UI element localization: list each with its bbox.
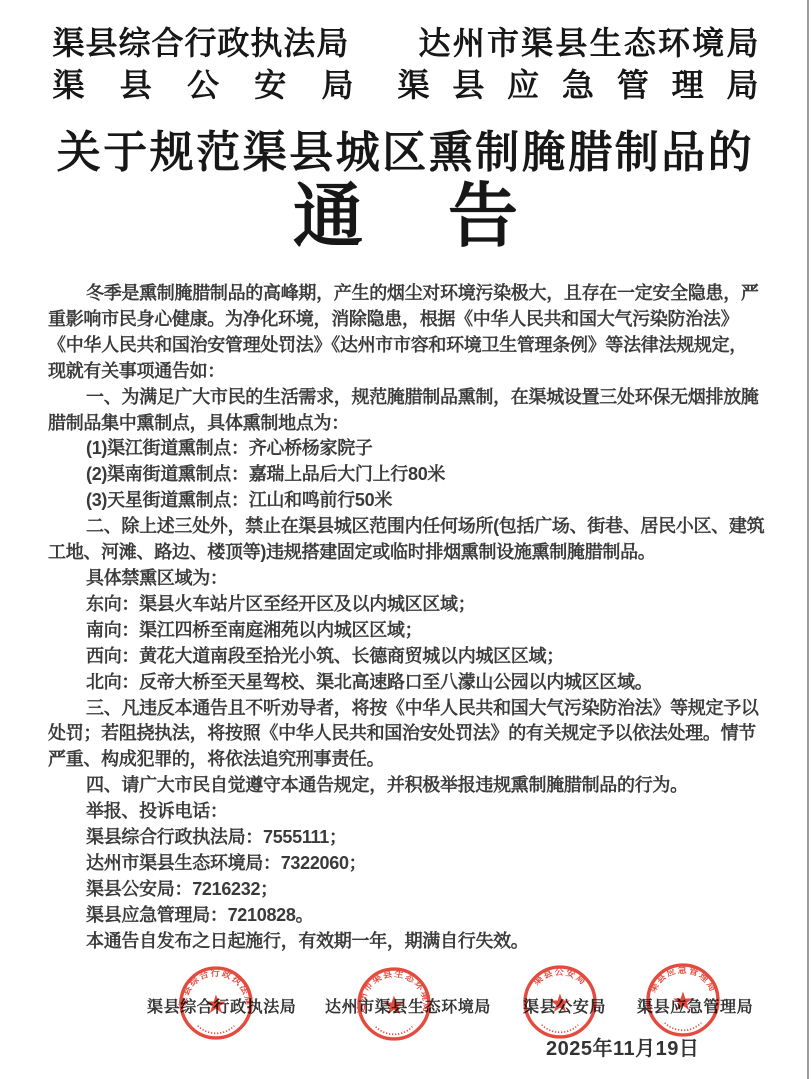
notice-title-line1: 关于规范渠县城区熏制腌腊制品的 — [0, 116, 811, 180]
body-line: 具体禁熏区域为： — [48, 566, 762, 592]
svg-text:★: ★ — [548, 990, 571, 1018]
svg-text:★: ★ — [204, 991, 227, 1019]
body-line: 《中华人民共和国治安管理处罚法》《达州市市容和环境卫生管理条例》等法律法规规定， — [48, 333, 762, 359]
body-line: 渠县公安局：7216232； — [48, 877, 762, 903]
body-line: 达州市渠县生态环境局：7322060； — [48, 851, 762, 877]
body-line: 举报、投诉电话： — [48, 799, 762, 825]
body-line: 工地、河滩、路边、楼顶等)违规搭建固定或临时排烟熏制设施熏制腌腊制品。 — [48, 540, 762, 566]
body-line: 现就有关事项通告如： — [48, 359, 762, 385]
body-line: 处罚；若阻挠执法，将按照《中华人民共和国治安处罚法》的有关规定予以依法处理。情节 — [48, 721, 762, 747]
body-line: 一、为满足广大市民的生活需求，规范腌腊制品熏制，在渠城设置三处环保无烟排放腌 — [48, 385, 762, 411]
notice-title-line2: 通 告 — [0, 180, 811, 256]
agency-name-gonganju: 渠县公安局 — [53, 66, 354, 104]
body-line: 严重、构成犯罪的，将依法追究刑事责任。 — [48, 747, 762, 773]
agency-name-yingjiguanliju: 渠县应急管理局 — [398, 66, 759, 104]
title-char-tong: 通 — [293, 180, 363, 256]
header-agency-row-1: 渠县综合行政执法局 达州市渠县生态环境局 — [0, 24, 811, 62]
body-line: 南向：渠江四桥至南庭湘苑以内城区区域； — [48, 618, 762, 644]
official-seal-icon: 渠县公安局★ — [522, 964, 598, 1040]
body-line: 二、除上述三处外，禁止在渠县城区范围内任何场所(包括广场、街巷、居民小区、建筑 — [48, 514, 762, 540]
svg-text:渠县公安局: 渠县公安局 — [531, 966, 589, 987]
body-line: 渠县综合行政执法局：7555111； — [48, 825, 762, 851]
body-line: 冬季是熏制腌腊制品的高峰期，产生的烟尘对环境污染极大，且存在一定安全隐患，严 — [48, 281, 762, 307]
official-seal-icon: 渠县综合行政执法局★ — [178, 965, 254, 1041]
official-seal-icon: 渠县应急管理局★ — [645, 962, 721, 1038]
notice-page: { "header": { "row1_left": "渠县综合行政执法局", … — [0, 0, 811, 1079]
issue-date: 2025年11月19日 — [546, 1032, 699, 1061]
body-line: 西向：黄花大道南段至拾光小筑、长德商贸城以内城区区域； — [48, 644, 762, 670]
agency-name-zhifaju: 渠县综合行政执法局 — [53, 24, 349, 62]
body-line: 北向：反帝大桥至天星驾校、渠北高速路口至八濛山公园以内城区区域。 — [48, 670, 762, 696]
body-line: 东向：渠县火车站片区至经开区及以内城区区域； — [48, 592, 762, 618]
body-line: 三、凡违反本通告且不听劝导者，将按《中华人民共和国大气污染防治法》等规定予以 — [48, 696, 762, 722]
body-line: 四、请广大市民自觉遵守本通告规定，并积极举报违规熏制腌腊制品的行为。 — [48, 773, 762, 799]
agency-name-shengtaihuanjingju: 达州市渠县生态环境局 — [419, 24, 759, 62]
notice-body: 冬季是熏制腌腊制品的高峰期，产生的烟尘对环境污染极大，且存在一定安全隐患，严重影… — [48, 281, 762, 955]
body-line: 腊制品集中熏制点，具体熏制地点为： — [48, 411, 762, 437]
svg-text:★: ★ — [382, 992, 405, 1020]
body-line: (2)渠南街道熏制点：嘉瑞上品后大门上行80米 — [48, 462, 762, 488]
body-line: (1)渠江街道熏制点：齐心桥杨家院子 — [48, 436, 762, 462]
body-line: 本通告自发布之日起施行，有效期一年，期满自行失效。 — [48, 929, 762, 955]
body-line: 重影响市民身心健康。为净化环境，消除隐患，根据《中华人民共和国大气污染防治法》 — [48, 307, 762, 333]
body-line: 渠县应急管理局：7210828。 — [48, 903, 762, 929]
official-seal-icon: 达州市渠县生态环境局★ — [356, 966, 432, 1042]
header-agency-row-2: 渠县公安局 渠县应急管理局 — [0, 66, 811, 104]
title-char-gao: 告 — [448, 180, 518, 256]
body-line: (3)天星街道熏制点：江山和鸣前行50米 — [48, 488, 762, 514]
svg-text:★: ★ — [671, 988, 694, 1016]
